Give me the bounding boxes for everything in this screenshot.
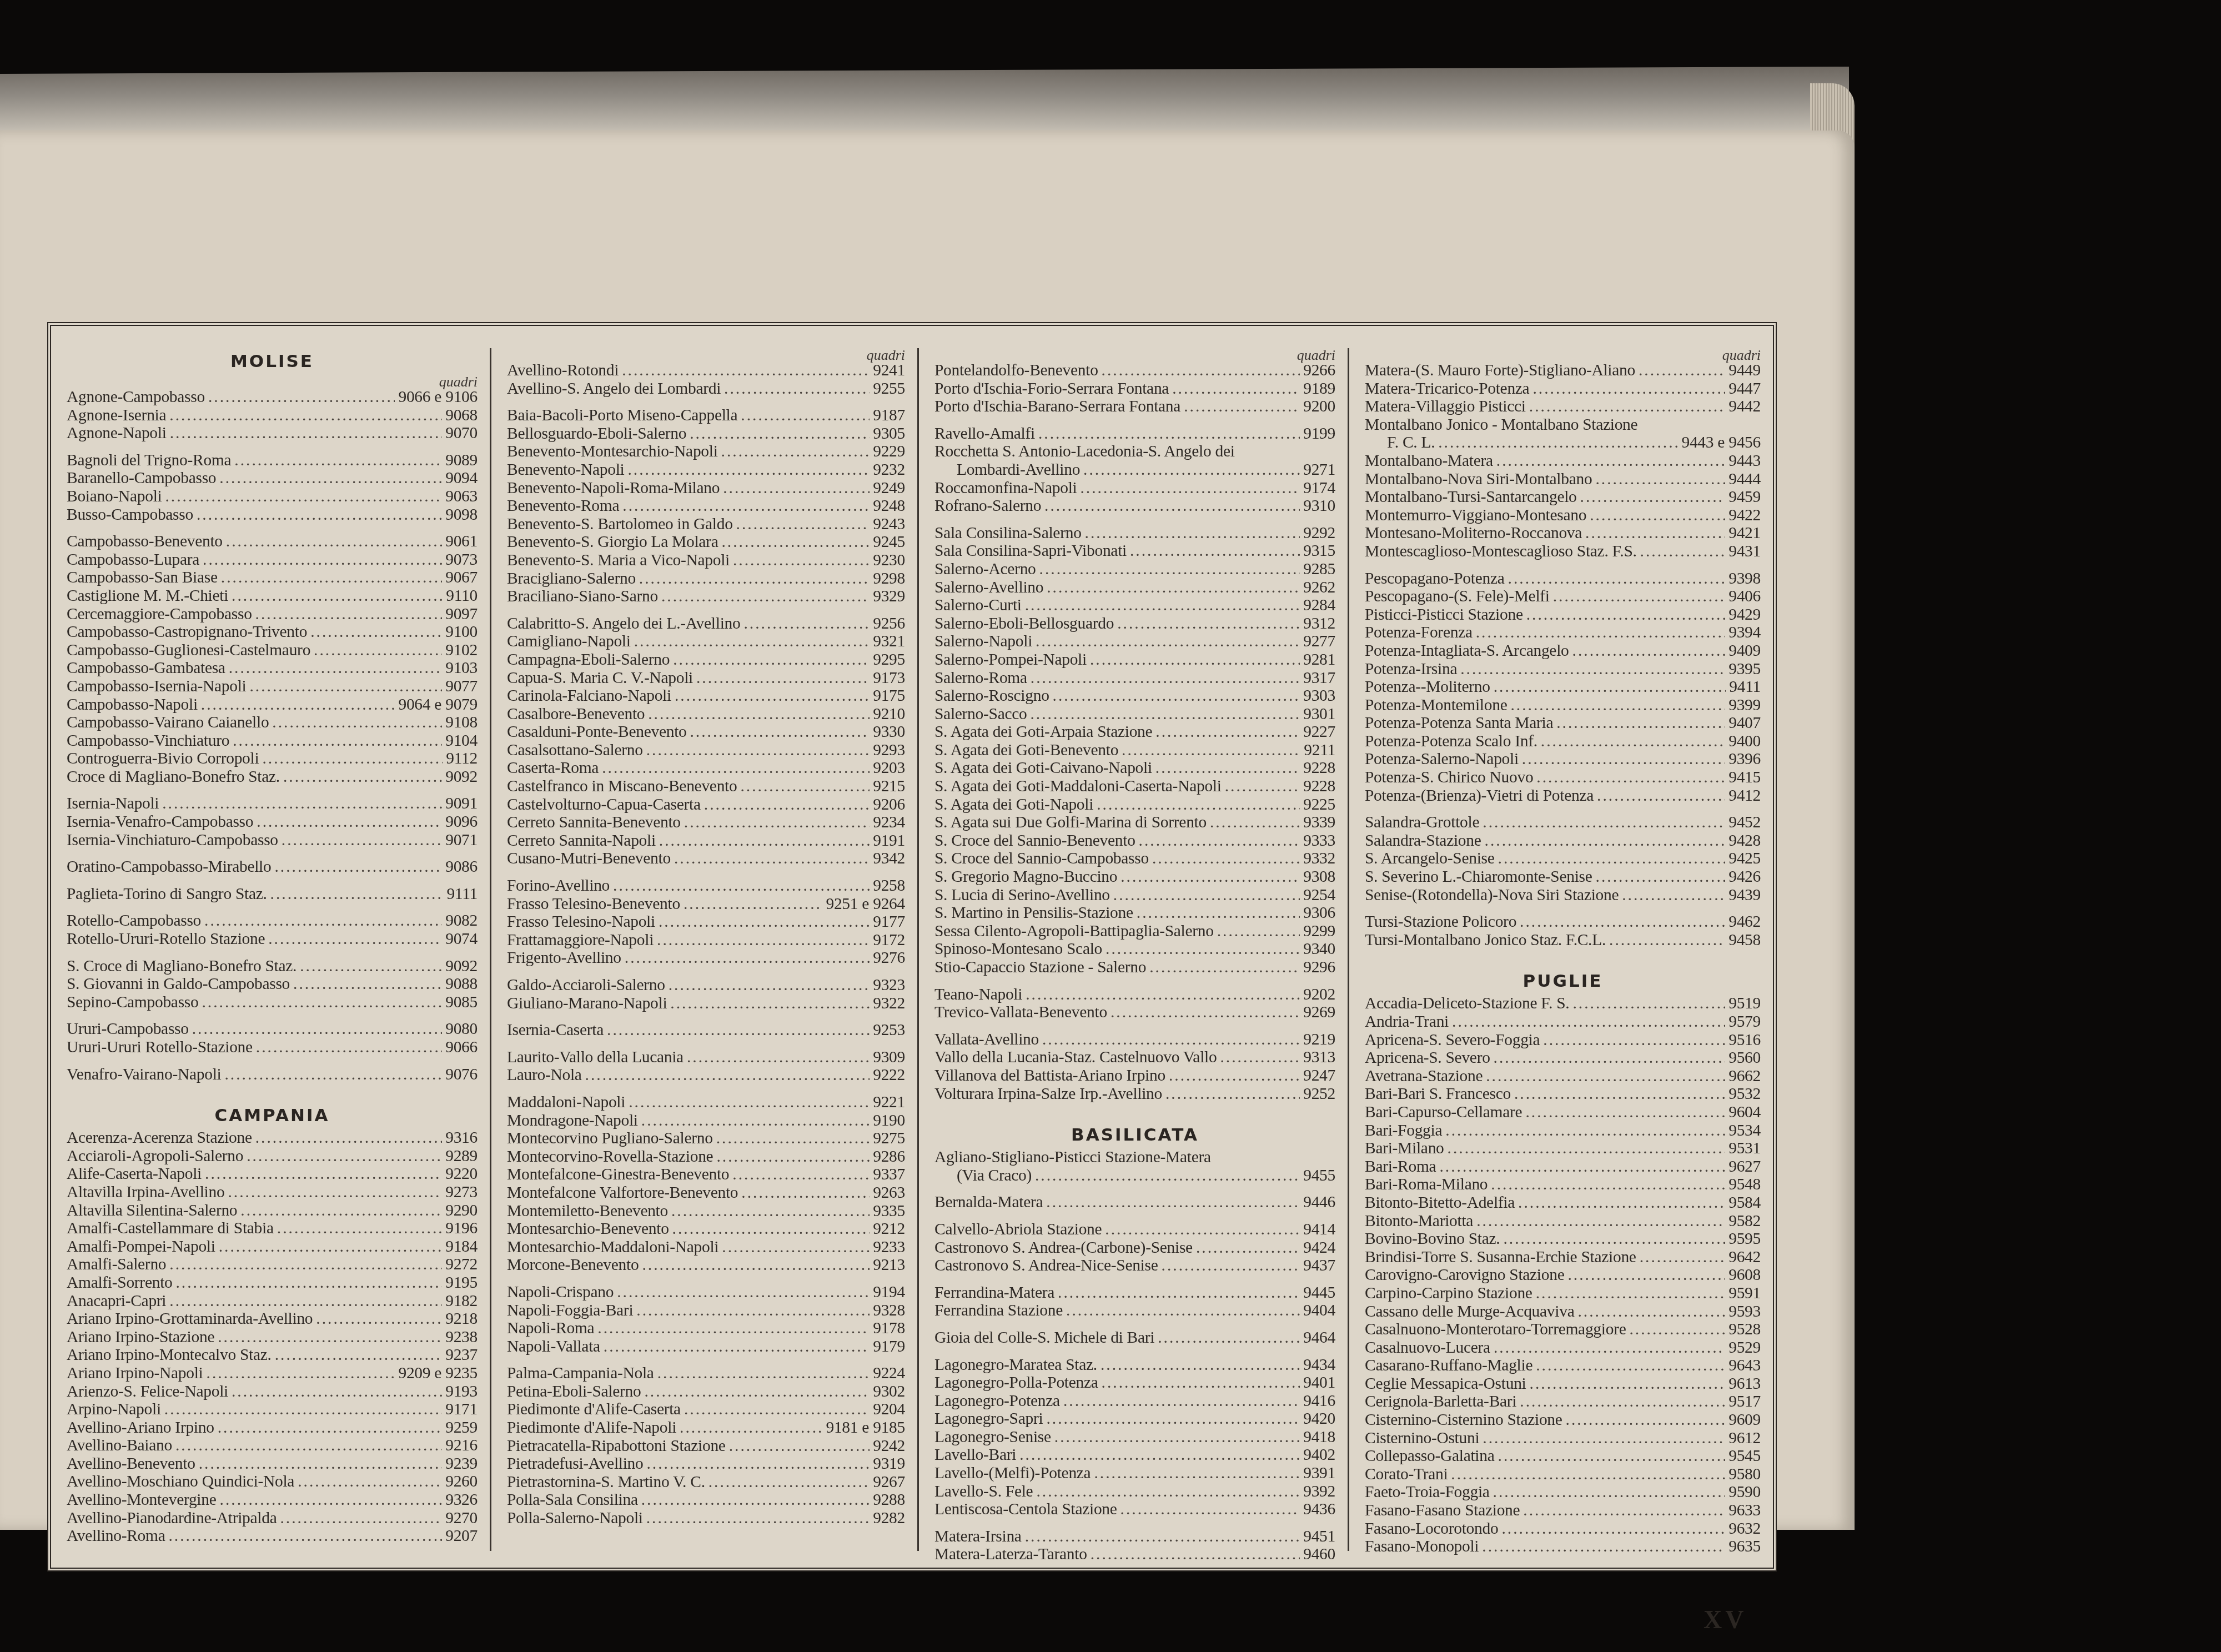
index-entry: Fasano-Fasano Stazione9633 xyxy=(1365,1502,1761,1520)
leader-dots xyxy=(1498,850,1726,868)
table-number: 9064 e 9079 xyxy=(398,696,478,714)
route-name: Pescopagano-(S. Fele)-Melfi xyxy=(1365,588,1550,606)
index-entry: Campobasso-San Biase9067 xyxy=(67,569,478,587)
route-name: Campobasso-Isernia-Napoli xyxy=(67,677,246,696)
route-name: Ariano Irpino-Napoli xyxy=(67,1364,203,1383)
table-number: 9173 xyxy=(873,669,905,687)
index-entry: Potenza-Montemilone9399 xyxy=(1365,696,1761,715)
leader-dots xyxy=(1046,1193,1300,1212)
route-name: Baia-Bacoli-Porto Miseno-Cappella xyxy=(507,406,737,425)
leader-dots xyxy=(1113,886,1300,905)
index-entry: Montefalcone-Ginestra-Benevento9337 xyxy=(507,1166,905,1184)
route-name: Carinola-Falciano-Napoli xyxy=(507,687,671,705)
leader-dots xyxy=(684,895,823,913)
index-entry: Montemiletto-Benevento9335 xyxy=(507,1202,905,1221)
table-number: 9584 xyxy=(1728,1194,1761,1212)
route-name: S. Agata dei Goti-Arpaia Stazione xyxy=(934,723,1152,741)
index-entry: Altavilla Silentina-Salerno9290 xyxy=(67,1202,478,1220)
route-name: Porto d'Ischia-Barano-Serrara Fontana xyxy=(934,398,1180,416)
route-name: Amalfi-Sorrento xyxy=(67,1274,172,1292)
leader-dots xyxy=(661,588,870,606)
leader-dots xyxy=(220,1491,443,1509)
index-entry: Rotello-Campobasso9082 xyxy=(67,912,478,930)
table-number: 9245 xyxy=(873,533,905,551)
table-number: 9455 xyxy=(1303,1167,1335,1185)
table-number: 9309 xyxy=(873,1048,905,1067)
route-name: Potenza-S. Chirico Nuovo xyxy=(1365,769,1533,787)
route-name: Benevento-S. Giorgio La Molara xyxy=(507,533,718,551)
leader-dots xyxy=(1102,361,1300,380)
route-name: Controguerra-Bivio Corropoli xyxy=(67,750,259,768)
index-entry: Avellino-Pianodardine-Atripalda9270 xyxy=(67,1509,478,1528)
table-number: 9102 xyxy=(445,641,478,660)
leader-dots xyxy=(670,995,870,1013)
leader-dots xyxy=(716,1148,870,1166)
index-entry: Rocchetta S. Antonio-Lacedonia-S. Angelo… xyxy=(934,443,1335,461)
leader-dots xyxy=(293,975,442,993)
leader-dots xyxy=(1120,868,1300,886)
route-name: Roccamonfina-Napoli xyxy=(934,479,1077,498)
index-entry: Napoli-Crispano9194 xyxy=(507,1283,905,1302)
index-entry: Napoli-Vallata9179 xyxy=(507,1338,905,1356)
index-entry: Acerenza-Acerenza Stazione9316 xyxy=(67,1129,478,1147)
leader-dots xyxy=(1572,995,1725,1013)
leader-dots xyxy=(639,570,870,588)
index-entry: Senise-(Rotondella)-Nova Siri Stazione94… xyxy=(1365,886,1761,905)
index-entry: Caserta-Roma9203 xyxy=(507,759,905,777)
leader-dots xyxy=(708,1473,870,1492)
route-name: Apricena-S. Severo xyxy=(1365,1049,1490,1067)
table-number: 9200 xyxy=(1303,398,1335,416)
leader-dots xyxy=(1508,570,1726,588)
table-number: 9175 xyxy=(873,687,905,705)
table-number: 9289 xyxy=(445,1147,478,1166)
quadri-column-header: quadri xyxy=(934,348,1335,361)
route-name: Campobasso-Vinchiaturo xyxy=(67,732,229,750)
route-name: Amalfi-Castellammare di Stabia xyxy=(67,1219,274,1238)
index-entry: Gioia del Colle-S. Michele di Bari9464 xyxy=(934,1329,1335,1347)
route-name: Cusano-Mutri-Benevento xyxy=(507,850,671,868)
index-entry: Braciliano-Siano-Sarno9329 xyxy=(507,588,905,606)
index-entry: Potenza-Intagliata-S. Arcangelo9409 xyxy=(1365,642,1761,660)
leader-dots xyxy=(625,949,870,967)
table-number: 9272 xyxy=(445,1256,478,1274)
table-number: 9096 xyxy=(445,813,478,831)
table-number: 9199 xyxy=(1303,425,1335,443)
index-entry: Ferrandina Stazione9404 xyxy=(934,1302,1335,1320)
leader-dots xyxy=(1035,1167,1300,1185)
index-entry: Benevento-Napoli-Roma-Milano9249 xyxy=(507,479,905,498)
index-entry: Carinola-Falciano-Napoli9175 xyxy=(507,687,905,705)
route-name: Castronovo S. Andrea-(Carbone)-Senise xyxy=(934,1239,1193,1257)
leader-dots xyxy=(270,885,444,903)
route-name: Ferrandina Stazione xyxy=(934,1302,1063,1320)
route-name: Potenza--Moliterno xyxy=(1365,678,1490,696)
leader-dots xyxy=(672,1220,870,1238)
table-number: 9532 xyxy=(1728,1085,1761,1103)
index-entry: Casalsottano-Salerno9293 xyxy=(507,741,905,760)
index-entry: Fasano-Monopoli9635 xyxy=(1365,1538,1761,1556)
index-entry: Bitonto-Bitetto-Adelfia9584 xyxy=(1365,1194,1761,1212)
leader-dots xyxy=(1438,434,1678,452)
leader-dots xyxy=(1567,1266,1725,1284)
index-entry: Arienzo-S. Felice-Napoli9193 xyxy=(67,1383,478,1401)
table-number: 9207 xyxy=(445,1527,478,1545)
index-entry: Ururi-Ururi Rotello-Stazione9066 xyxy=(67,1038,478,1057)
leader-dots xyxy=(1036,1483,1300,1501)
route-name: Capua-S. Maria C. V.-Napoli xyxy=(507,669,693,687)
table-number: 9216 xyxy=(445,1437,478,1455)
route-name: Acciaroli-Agropoli-Salerno xyxy=(67,1147,243,1166)
index-entry: Isernia-Napoli9091 xyxy=(67,795,478,813)
route-name: Bellosguardo-Eboli-Salerno xyxy=(507,425,686,443)
table-number: 9275 xyxy=(873,1129,905,1148)
index-entry: Boiano-Napoli9063 xyxy=(67,488,478,506)
index-entry: S. Croce di Magliano-Bonefro Staz.9092 xyxy=(67,957,478,976)
index-entry: Lagonegro-Maratea Staz.9434 xyxy=(934,1356,1335,1374)
leader-dots xyxy=(201,696,395,714)
leader-dots xyxy=(1609,931,1725,950)
leader-dots xyxy=(1460,660,1725,679)
leader-dots xyxy=(165,488,442,506)
table-number: 9308 xyxy=(1303,868,1335,886)
table-number: 9595 xyxy=(1728,1230,1761,1248)
leader-dots xyxy=(673,651,870,669)
index-entry: Venafro-Vairano-Napoli9076 xyxy=(67,1066,478,1084)
route-name: Casalnuono-Monterotaro-Torremaggiore xyxy=(1365,1320,1626,1339)
table-number: 9425 xyxy=(1728,850,1761,868)
index-entry: Cisternino-Cisternino Stazione9609 xyxy=(1365,1411,1761,1429)
index-entry: Oratino-Campobasso-Mirabello9086 xyxy=(67,858,478,876)
index-entry: Salerno-Avellino9262 xyxy=(934,579,1335,597)
leader-dots xyxy=(1080,479,1300,498)
leader-dots xyxy=(1590,506,1725,525)
table-number: 9399 xyxy=(1728,696,1761,715)
index-entry: Campobasso-Lupara9073 xyxy=(67,551,478,569)
index-entry: Cerreto Sannita-Benevento9234 xyxy=(507,814,905,832)
table-number: 9239 xyxy=(445,1455,478,1473)
index-column-3: quadriPontelandolfo-Benevento9266Porto d… xyxy=(917,348,1348,1551)
leader-dots xyxy=(642,1256,870,1274)
index-entry: Fasano-Locorotondo9632 xyxy=(1365,1520,1761,1538)
index-entry: Calabritto-S. Angelo dei L.-Avellino9256 xyxy=(507,615,905,633)
leader-dots xyxy=(1476,624,1725,642)
table-number: 9073 xyxy=(445,551,478,569)
table-number: 9421 xyxy=(1728,524,1761,543)
table-number: 9262 xyxy=(1303,579,1335,597)
table-number: 9322 xyxy=(873,995,905,1013)
route-name: Benevento-Roma xyxy=(507,497,619,515)
index-entry: Salandra-Stazione9428 xyxy=(1365,832,1761,850)
route-name: Potenza-Potenza Scalo Inf. xyxy=(1365,732,1537,751)
index-entry: Roccamonfina-Napoli9174 xyxy=(934,479,1335,498)
route-name: Bari-Roma xyxy=(1365,1158,1436,1176)
route-name: Piedimonte d'Alife-Napoli xyxy=(507,1419,676,1437)
table-number: 9284 xyxy=(1303,596,1335,615)
index-entry: Agliano-Stigliano-Pisticci Stazione-Mate… xyxy=(934,1148,1335,1167)
table-number: 9316 xyxy=(445,1129,478,1147)
index-entry: Avellino-Ariano Irpino9259 xyxy=(67,1419,478,1437)
table-number: 9437 xyxy=(1303,1257,1335,1275)
table-number: 9061 xyxy=(445,533,478,551)
route-name: Teano-Napoli xyxy=(934,986,1022,1004)
index-entry: Vallo della Lucania-Staz. Castelnuovo Va… xyxy=(934,1048,1335,1067)
route-name: Senise-(Rotondella)-Nova Siri Stazione xyxy=(1365,886,1619,905)
route-name: Stio-Capaccio Stazione - Salerno xyxy=(934,958,1146,977)
leader-dots xyxy=(607,1021,870,1040)
table-number: 9063 xyxy=(445,488,478,506)
route-name: Lagonegro-Sapri xyxy=(934,1410,1043,1428)
index-entry: Rofrano-Salerno9310 xyxy=(934,497,1335,515)
route-name: Altavilla Irpina-Avellino xyxy=(67,1183,224,1202)
leader-dots xyxy=(1448,1139,1726,1158)
leader-dots xyxy=(675,687,870,705)
index-entry: Polla-Sala Consilina9288 xyxy=(507,1491,905,1509)
table-number: 9253 xyxy=(873,1021,905,1040)
leader-dots xyxy=(203,551,442,569)
table-number: 9332 xyxy=(1303,850,1335,868)
index-entry: Brindisi-Torre S. Susanna-Erchie Stazion… xyxy=(1365,1248,1761,1267)
leader-dots xyxy=(234,451,442,470)
table-number: 9409 xyxy=(1728,642,1761,660)
route-name: Acerenza-Acerenza Stazione xyxy=(67,1129,252,1147)
index-entry: Campobasso-Isernia-Napoli9077 xyxy=(67,677,478,696)
leader-dots xyxy=(696,669,870,687)
index-entry: Salerno-Roma9317 xyxy=(934,669,1335,687)
table-number: 9171 xyxy=(445,1400,478,1419)
route-name: Matera-Tricarico-Potenza xyxy=(1365,380,1529,398)
table-number: 9177 xyxy=(873,913,905,931)
route-name: Cassano delle Murge-Acquaviva xyxy=(1365,1303,1574,1321)
table-number: 9203 xyxy=(873,759,905,777)
index-entry: Casalnuovo-Lucera9529 xyxy=(1365,1339,1761,1357)
table-number: 9531 xyxy=(1728,1139,1761,1158)
index-entry: Montecorvino-Rovella-Stazione9286 xyxy=(507,1148,905,1166)
leader-dots xyxy=(680,1419,822,1437)
index-entry: Pisticci-Pisticci Stazione9429 xyxy=(1365,606,1761,624)
index-entry: Bernalda-Matera9446 xyxy=(934,1193,1335,1212)
table-number: 9222 xyxy=(873,1066,905,1084)
index-entry: Frasso Telesino-Benevento9251 e 9264 xyxy=(507,895,905,913)
leader-dots xyxy=(1476,1212,1725,1231)
leader-dots xyxy=(205,1165,442,1183)
index-entry: Galdo-Acciaroli-Salerno9323 xyxy=(507,976,905,995)
index-column-1: MOLISEquadriAgnone-Campobasso9066 e 9106… xyxy=(51,348,490,1551)
leader-dots xyxy=(641,1112,870,1130)
index-entry: Potenza-S. Chirico Nuovo9415 xyxy=(1365,769,1761,787)
index-entry: Amalfi-Sorrento9195 xyxy=(67,1274,478,1292)
table-number: 9436 xyxy=(1303,1500,1335,1519)
index-entry: Bari-Capurso-Cellamare9604 xyxy=(1365,1103,1761,1122)
route-name: Arpino-Napoli xyxy=(67,1400,161,1419)
table-number: 9319 xyxy=(873,1455,905,1473)
route-name: Pietracatella-Ripabottoni Stazione xyxy=(507,1437,726,1455)
index-entry: Potenza-Potenza Santa Maria9407 xyxy=(1365,714,1761,732)
leader-dots xyxy=(1486,1067,1725,1086)
index-entry: Cusano-Mutri-Benevento9342 xyxy=(507,850,905,868)
table-number: 9329 xyxy=(873,588,905,606)
index-entry: Matera-Tricarico-Potenza9447 xyxy=(1365,380,1761,398)
index-entry: Lombardi-Avellino9271 xyxy=(934,461,1335,479)
leader-dots xyxy=(1485,832,1726,850)
leader-dots xyxy=(1091,1545,1300,1564)
index-entry: Bitonto-Mariotta9582 xyxy=(1365,1212,1761,1231)
index-entry: Baranello-Campobasso9094 xyxy=(67,469,478,488)
leader-dots xyxy=(256,1038,442,1057)
route-name: Bracigliano-Salerno xyxy=(507,570,636,588)
index-entry: Castronovo S. Andrea-(Carbone)-Senise942… xyxy=(934,1239,1335,1257)
index-entry: Mondragone-Napoli9190 xyxy=(507,1112,905,1130)
table-number: 9070 xyxy=(445,424,478,443)
route-name: Mondragone-Napoli xyxy=(507,1112,638,1130)
route-name: Ferrandina-Matera xyxy=(934,1284,1054,1302)
index-entry: Campobasso-Vinchiaturo9104 xyxy=(67,732,478,750)
table-number: 9237 xyxy=(445,1346,478,1364)
route-name: Ceglie Messapica-Ostuni xyxy=(1365,1375,1526,1393)
route-name: S. Agata dei Goti-Benevento xyxy=(934,741,1118,760)
index-column-2: quadriAvellino-Rotondi9241Avellino-S. An… xyxy=(490,348,917,1551)
route-name: Bari-Bari S. Francesco xyxy=(1365,1085,1511,1103)
index-entry: S. Arcangelo-Senise9425 xyxy=(1365,850,1761,868)
table-number: 9519 xyxy=(1728,995,1761,1013)
table-number: 9206 xyxy=(873,796,905,814)
table-number: 9632 xyxy=(1728,1520,1761,1538)
index-entry: Paglieta-Torino di Sangro Staz.9111 xyxy=(67,885,478,903)
index-entry: S. Agata dei Goti-Arpaia Stazione9227 xyxy=(934,723,1335,741)
index-entry: Sala Consilina-Salerno9292 xyxy=(934,524,1335,543)
leader-dots xyxy=(1580,488,1726,506)
route-name: Napoli-Crispano xyxy=(507,1283,614,1302)
table-number: 9179 xyxy=(873,1338,905,1356)
table-number: 9202 xyxy=(1303,986,1335,1004)
table-number: 9396 xyxy=(1728,750,1761,769)
route-name: Salerno-Curti xyxy=(934,596,1022,615)
table-number: 9089 xyxy=(445,451,478,470)
table-number: 9643 xyxy=(1728,1357,1761,1375)
index-column-4: quadriMatera-(S. Mauro Forte)-Stigliano-… xyxy=(1348,348,1773,1551)
index-entry: Campobasso-Benevento9061 xyxy=(67,533,478,551)
route-name: Maddaloni-Napoli xyxy=(507,1093,625,1112)
index-entry: Montefalcone Valfortore-Benevento9263 xyxy=(507,1184,905,1202)
leader-dots xyxy=(169,1256,442,1274)
table-number: 9286 xyxy=(873,1148,905,1166)
route-name: Casalbore-Benevento xyxy=(507,705,645,724)
leader-dots xyxy=(1482,1538,1725,1556)
leader-dots xyxy=(657,1364,870,1383)
index-entry: Montemurro-Viggiano-Montesano9422 xyxy=(1365,506,1761,525)
index-entry: Bari-Roma9627 xyxy=(1365,1158,1761,1176)
leader-dots xyxy=(262,750,443,768)
table-number: 9305 xyxy=(873,425,905,443)
leader-dots xyxy=(1510,696,1725,715)
route-name: Lagonegro-Maratea Staz. xyxy=(934,1356,1097,1374)
table-number: 9434 xyxy=(1303,1356,1335,1374)
index-entry: Casalnuono-Monterotaro-Torremaggiore9528 xyxy=(1365,1320,1761,1339)
table-number: 9068 xyxy=(445,406,478,425)
leader-dots xyxy=(1529,398,1725,416)
table-number: 9395 xyxy=(1728,660,1761,679)
leader-dots xyxy=(1054,1428,1300,1447)
route-name: S. Giovanni in Galdo-Campobasso xyxy=(67,975,290,993)
leader-dots xyxy=(1640,1248,1726,1267)
index-entry: Avellino-Rotondi9241 xyxy=(507,361,905,380)
route-name: Agnone-Campobasso xyxy=(67,388,205,406)
leader-dots xyxy=(162,795,442,813)
index-entry: Spinoso-Montesano Scalo9340 xyxy=(934,940,1335,958)
leader-dots xyxy=(733,551,870,570)
route-name: Fasano-Locorotondo xyxy=(1365,1520,1498,1538)
table-number: 9193 xyxy=(445,1383,478,1401)
route-name: Avellino-Rotondi xyxy=(507,361,619,380)
leader-dots xyxy=(1532,380,1725,398)
leader-dots xyxy=(704,796,870,814)
leader-dots xyxy=(1165,1085,1300,1103)
leader-dots xyxy=(232,1383,442,1401)
route-name: Venafro-Vairano-Napoli xyxy=(67,1066,221,1084)
table-number: 9424 xyxy=(1303,1239,1335,1257)
route-name: Avellino-Roma xyxy=(67,1527,165,1545)
index-entry: Forino-Avellino9258 xyxy=(507,877,905,895)
route-name: Forino-Avellino xyxy=(507,877,610,895)
route-name: Frigento-Avellino xyxy=(507,949,621,967)
index-entry: Bagnoli del Trigno-Roma9089 xyxy=(67,451,478,470)
leader-dots xyxy=(1501,1520,1725,1538)
leader-dots xyxy=(1217,922,1300,941)
index-entry: Carovigno-Carovigno Stazione9608 xyxy=(1365,1266,1761,1284)
route-name: Salerno-Napoli xyxy=(934,632,1032,651)
index-entry: Bari-Milano9531 xyxy=(1365,1139,1761,1158)
table-number: 9215 xyxy=(873,777,905,796)
leader-dots xyxy=(732,1166,870,1184)
route-name: Frasso Telesino-Napoli xyxy=(507,913,655,931)
index-entry: Isernia-Venafro-Campobasso9096 xyxy=(67,813,478,831)
leader-dots xyxy=(585,1066,870,1084)
leader-dots xyxy=(1036,632,1300,651)
table-number: 9196 xyxy=(445,1219,478,1238)
index-entry: Montalbano Jonico - Montalbano Stazione xyxy=(1365,416,1761,434)
table-number: 9288 xyxy=(873,1491,905,1509)
index-entry: Campobasso-Castropignano-Trivento9100 xyxy=(67,623,478,641)
index-entry: (Via Craco)9455 xyxy=(934,1167,1335,1185)
table-number: 9071 xyxy=(445,831,478,850)
route-name: Accadia-Deliceto-Stazione F. S. xyxy=(1365,995,1569,1013)
index-entry: Castronovo S. Andrea-Nice-Senise9437 xyxy=(934,1257,1335,1275)
leader-dots xyxy=(1543,1031,1725,1050)
route-name: Matera-Irsina xyxy=(934,1528,1022,1546)
index-entry: Montecorvino Pugliano-Salerno9275 xyxy=(507,1129,905,1148)
leader-dots xyxy=(219,1238,443,1256)
route-name: Montecorvino Pugliano-Salerno xyxy=(507,1129,713,1148)
route-name: S. Gregorio Magno-Buccino xyxy=(934,868,1117,886)
region-heading: CAMPANIA xyxy=(67,1106,478,1126)
table-number: 9066 e 9106 xyxy=(398,388,478,406)
route-name: Matera-(S. Mauro Forte)-Stigliano-Aliano xyxy=(1365,361,1635,380)
route-name: Avellino-Ariano Irpino xyxy=(67,1419,214,1437)
route-name: Castronovo S. Andrea-Nice-Senise xyxy=(934,1257,1158,1275)
leader-dots xyxy=(1553,588,1725,606)
index-entry: Salerno-Sacco9301 xyxy=(934,705,1335,724)
table-number: 9260 xyxy=(445,1473,478,1491)
table-number: 9092 xyxy=(445,957,478,976)
table-number: 9228 xyxy=(1303,777,1335,796)
leader-dots xyxy=(1031,669,1300,687)
route-name: Salerno-Pompei-Napoli xyxy=(934,651,1087,669)
route-name: Ariano Irpino-Stazione xyxy=(67,1328,214,1347)
route-name: Bitonto-Mariotta xyxy=(1365,1212,1473,1231)
leader-dots xyxy=(310,623,442,641)
leader-dots xyxy=(1220,1048,1300,1067)
route-name: Campobasso-San Biase xyxy=(67,569,218,587)
